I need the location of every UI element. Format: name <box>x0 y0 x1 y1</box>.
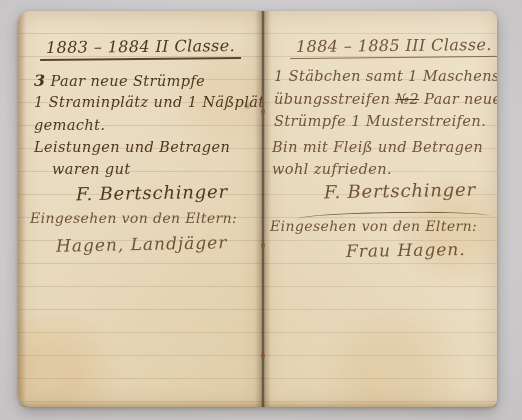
right-para1-line2-pre: übungsstreifen <box>274 92 395 108</box>
left-para2-line2: waren gut <box>52 159 131 182</box>
left-para1-line2: 1 Straminplätz und 1 Näßplätz <box>34 92 262 115</box>
crossed-out-text: №2 <box>395 92 419 108</box>
right-para2-line1: Bin mit Fleiß und Betragen <box>272 137 483 160</box>
binding-stitch <box>261 243 265 248</box>
left-inspection-note: Eingesehen von den Eltern: <box>30 211 237 227</box>
left-para1-line3: gemacht. <box>34 115 105 138</box>
item-count: 3 <box>34 71 46 90</box>
right-page-header: 1884 – 1885 III Classe. <box>290 35 497 59</box>
binding-stitch <box>261 353 265 358</box>
notebook-photo: 1883 – 1884 II Classe. 3 Paar neue Strüm… <box>0 0 522 420</box>
right-para1-line1: 1 Stäbchen samt 1 Maschenstrick- <box>274 66 497 89</box>
right-inspection-note: Eingesehen von den Eltern: <box>270 219 477 235</box>
binding-stitch <box>261 109 265 114</box>
left-teacher-signature: F. Bertschinger <box>76 182 228 206</box>
open-notebook: 1883 – 1884 II Classe. 3 Paar neue Strüm… <box>18 11 497 407</box>
left-page: 1883 – 1884 II Classe. 3 Paar neue Strüm… <box>18 11 262 407</box>
right-parent-signature: Frau Hagen. <box>346 240 466 262</box>
left-para1-line1-text: Paar neue Strümpfe <box>46 74 206 90</box>
book-spine-gutter <box>255 11 271 407</box>
right-para1-line3: Strümpfe 1 Musterstreifen. <box>274 111 486 134</box>
left-page-header: 1883 – 1884 II Classe. <box>40 36 241 61</box>
right-para2-line2: wohl zufrieden. <box>272 159 392 182</box>
right-para1-line2: übungsstreifen №2 Paar neue <box>274 89 497 112</box>
left-para1-line1: 3 Paar neue Strümpfe <box>34 69 205 94</box>
left-para2-line1: Leistungen und Betragen <box>34 137 230 160</box>
left-parent-signature: Hagen, Landjäger <box>56 233 228 257</box>
right-para1-line2-post: Paar neue <box>419 92 497 108</box>
right-teacher-signature: F. Bertschinger <box>324 180 476 204</box>
right-page: 1884 – 1885 III Classe. 1 Stäbchen samt … <box>262 11 497 407</box>
